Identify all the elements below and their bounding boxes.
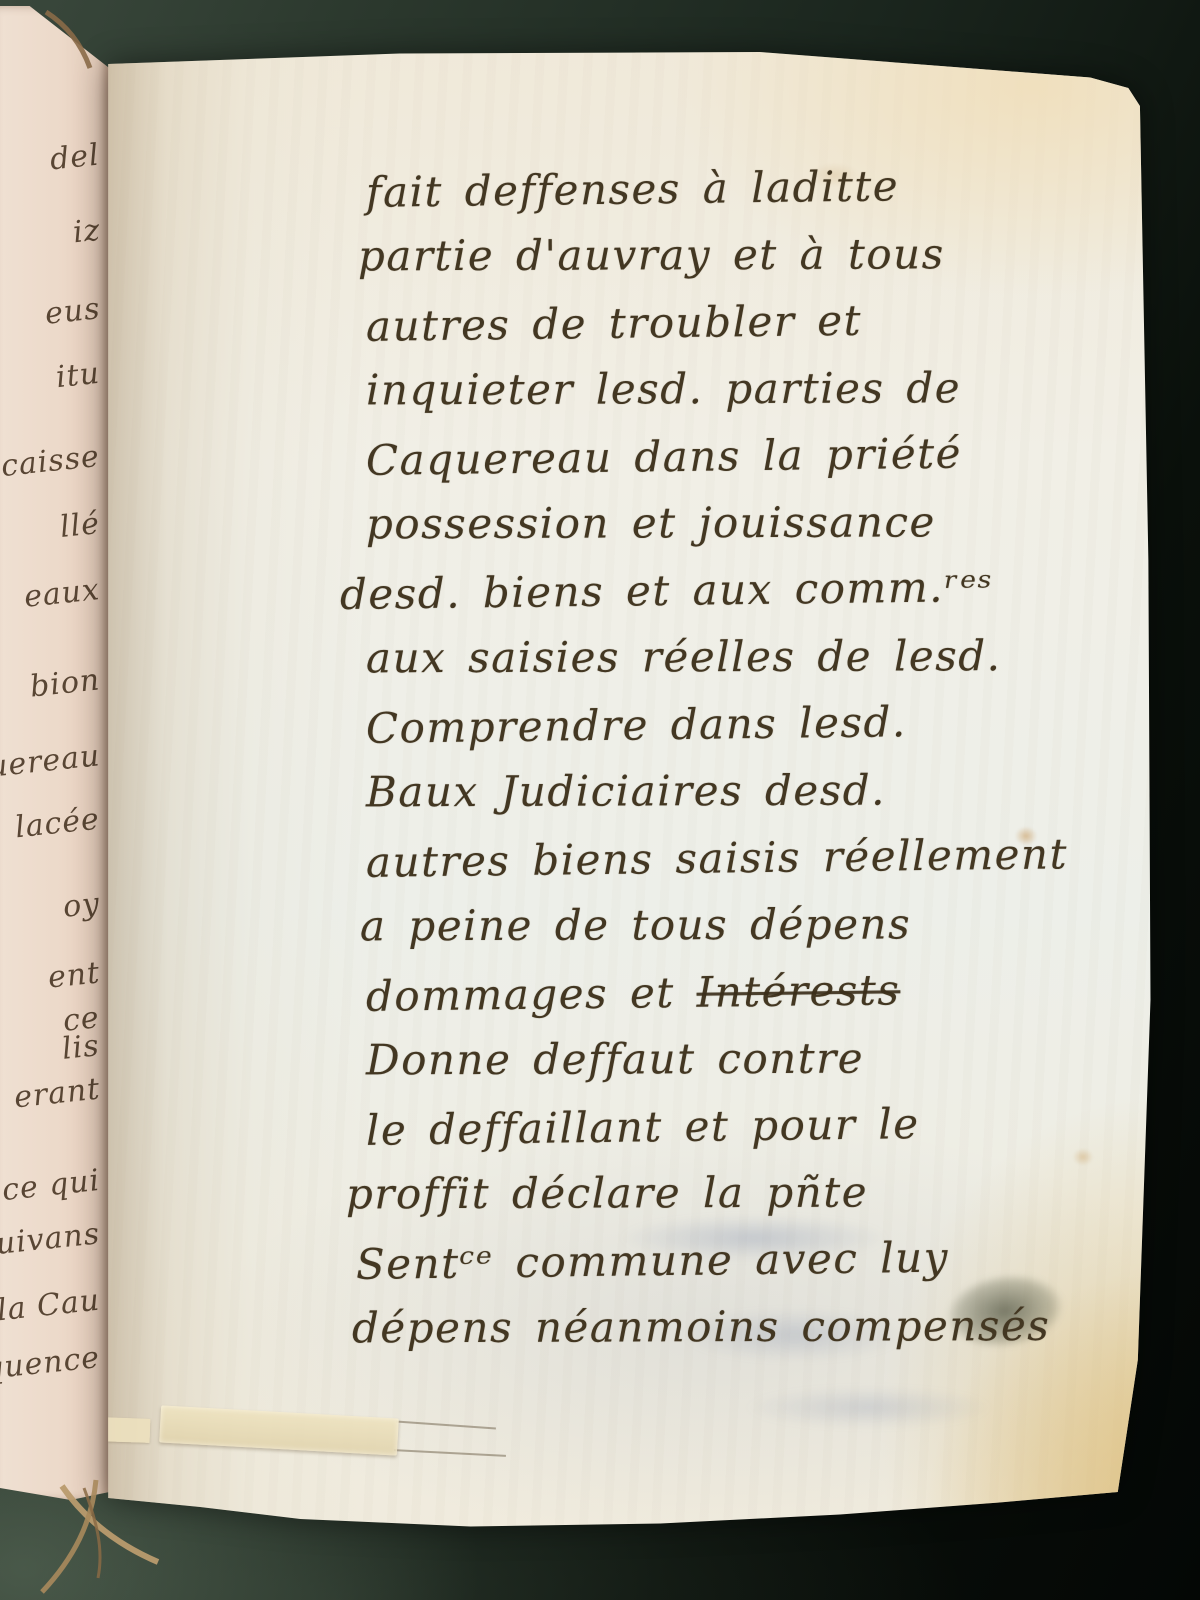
- previous-page-fragment: eaux: [22, 572, 101, 615]
- manuscript-line: autres de troubler et: [366, 287, 1157, 364]
- previous-page-fragment: ce qui: [0, 1163, 101, 1208]
- previous-page-edge: delizeusitucaisselléeauxbionuereaulacéeo…: [0, 6, 114, 1500]
- manuscript-line: possession et jouissance: [366, 492, 1156, 562]
- manuscript-line-text: dommages et: [366, 968, 697, 1021]
- manuscript-line: inquieter lesd. parties de: [366, 358, 1156, 428]
- manuscript-line: Baux Judiciaires desd.: [366, 760, 1156, 830]
- previous-page-fragment: uereau: [0, 738, 102, 785]
- tape-repair-small: [98, 1417, 151, 1443]
- manuscript-line-text: le deffaillant et pour le: [366, 1099, 920, 1155]
- previous-page-fragment: lacée: [14, 802, 102, 846]
- ink-showthrough: [704, 1380, 1034, 1435]
- manuscript-line-text: autres de troubler et: [366, 296, 863, 351]
- manuscript-line: partie d'auvray et à tous: [358, 224, 1156, 294]
- manuscript-line: le deffaillant et pour le: [366, 1091, 1157, 1168]
- previous-page-fragment: uns suivans: [0, 1216, 101, 1271]
- previous-page-fragment: itu: [54, 356, 101, 395]
- manuscript-line-text: autres biens saisis réellement: [366, 829, 1069, 887]
- manuscript-line-text: proffit déclare la pñte: [346, 1168, 868, 1219]
- previous-page-fragment: oy: [61, 886, 101, 925]
- previous-page-fragment: eus: [43, 291, 102, 332]
- manuscript-line-text: Sentᶜᵉ commune avec luy: [356, 1233, 950, 1289]
- manuscript-line-text: partie d'auvray et à tous: [358, 229, 945, 280]
- tape-repair: [159, 1405, 399, 1455]
- manuscript-line: Donne deffaut contre: [366, 1028, 1156, 1098]
- manuscript-line: dépens néanmoins compensés: [352, 1296, 1156, 1366]
- previous-page-fragment: lis: [61, 1028, 102, 1067]
- photo-of-bound-manuscript: delizeusitucaisselléeauxbionuereaulacéeo…: [0, 0, 1200, 1600]
- previous-page-fragment: llé: [58, 506, 101, 545]
- manuscript-line: desd. biens et aux comm.ʳᵉˢ: [340, 555, 1157, 632]
- manuscript-text-block: fait deffenses à ladittepartie d'auvray …: [366, 158, 1156, 1364]
- manuscript-line: a peine de tous dépens: [360, 894, 1156, 964]
- manuscript-line-text: Comprendre dans lesd.: [366, 697, 907, 753]
- manuscript-line-text: aux saisies réelles de lesd.: [366, 631, 1002, 682]
- manuscript-line: Sentᶜᵉ commune avec luy: [356, 1225, 1157, 1302]
- manuscript-line-text: Caquereau dans la priété: [366, 429, 963, 485]
- manuscript-line-text: Baux Judiciaires desd.: [366, 766, 886, 817]
- previous-page-fragment: bion: [28, 662, 101, 704]
- previous-page-fragment: del: [49, 138, 102, 178]
- manuscript-line: aux saisies réelles de lesd.: [366, 626, 1156, 696]
- previous-page-fragment: quence: [0, 1340, 102, 1387]
- strikethrough-word: Intérests: [696, 965, 900, 1016]
- manuscript-line: Comprendre dans lesd.: [366, 689, 1157, 766]
- previous-page-fragment: iz: [71, 213, 102, 251]
- previous-page-fragment: ent: [46, 955, 102, 995]
- manuscript-page-wrap: fait deffenses à ladittepartie d'auvray …: [104, 40, 1160, 1540]
- manuscript-line: Caquereau dans la priété: [366, 421, 1157, 498]
- manuscript-line: autres biens saisis réellement: [366, 823, 1157, 900]
- manuscript-line: proffit déclare la pñte: [346, 1162, 1156, 1232]
- manuscript-line: dommages et Intérests: [366, 957, 1157, 1034]
- binding-thread-icon: [84, 1488, 100, 1578]
- manuscript-line-text: Donne deffaut contre: [366, 1034, 864, 1085]
- manuscript-line-text: possession et jouissance: [366, 497, 936, 548]
- manuscript-line-text: inquieter lesd. parties de: [366, 363, 961, 414]
- manuscript-line-text: fait deffenses à laditte: [366, 161, 900, 217]
- manuscript-line-text: desd. biens et aux comm.ʳᵉˢ: [340, 562, 994, 619]
- previous-page-fragment: la Cau: [0, 1283, 102, 1329]
- manuscript-line: fait deffenses à laditte: [366, 153, 1157, 230]
- scratch-mark: [394, 1449, 506, 1457]
- previous-page-fragment: caisse: [0, 439, 102, 484]
- manuscript-line-text: dépens néanmoins compensés: [352, 1301, 1050, 1352]
- manuscript-line-text: a peine de tous dépens: [360, 899, 911, 950]
- manuscript-page: fait deffenses à ladittepartie d'auvray …: [104, 40, 1160, 1540]
- scratch-mark: [396, 1421, 496, 1430]
- previous-page-fragment: erant: [12, 1072, 102, 1116]
